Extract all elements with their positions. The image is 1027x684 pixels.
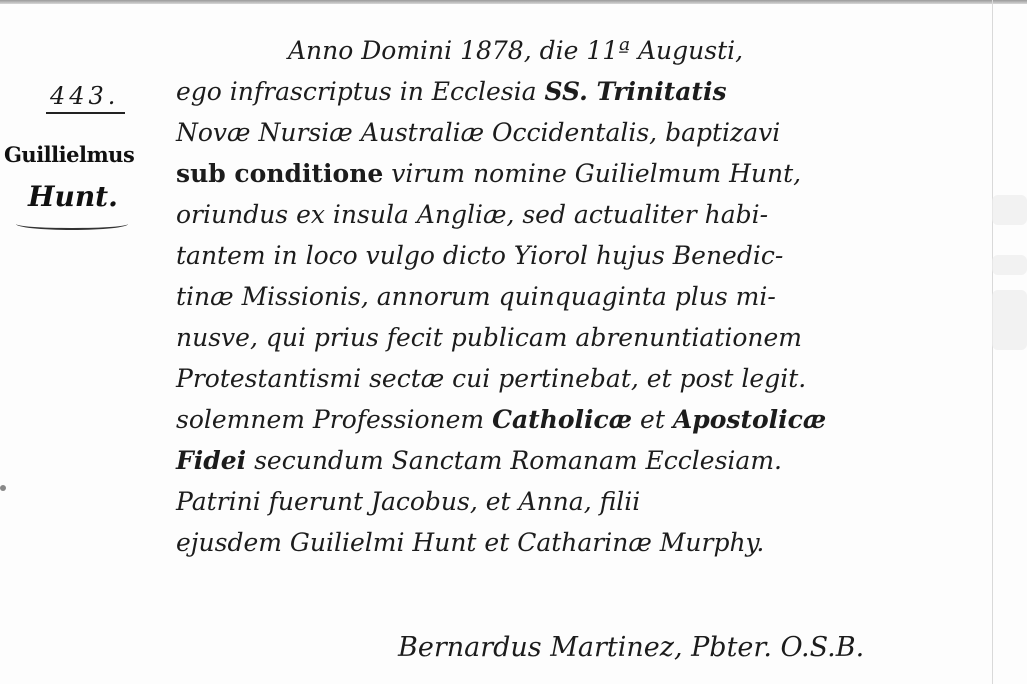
entry-line-7: tinæ Missionis, annorum quinquaginta plu… bbox=[176, 276, 996, 317]
entry-line-12: Patrini fuerunt Jacobus, et Anna, filii bbox=[176, 481, 996, 522]
margin-surname: Hunt. bbox=[28, 180, 118, 213]
bleed-through-mark bbox=[992, 255, 1027, 275]
entry-line-13: ejusdem Guilielmi Hunt et Catharinæ Murp… bbox=[176, 522, 996, 563]
entry-line-1: Anno Domini 1878, die 11ª Augusti, bbox=[176, 30, 996, 71]
catholicae-word: Catholicæ bbox=[492, 405, 632, 434]
line-text: Anno Domini 1878, die 11ª Augusti, bbox=[288, 36, 743, 65]
line-text: solemnem Professionem bbox=[176, 405, 492, 434]
line-text: et bbox=[632, 405, 673, 434]
surname-underline-flourish bbox=[16, 218, 128, 230]
margin-given-name: Guillielmus bbox=[4, 142, 134, 167]
church-name: SS. Trinitatis bbox=[544, 77, 726, 106]
entry-line-11: Fidei secundum Sanctam Romanam Ecclesiam… bbox=[176, 440, 996, 481]
bleed-through-mark bbox=[992, 290, 1027, 350]
entry-line-5: oriundus ex insula Angliæ, sed actualite… bbox=[176, 194, 996, 235]
entry-line-10: solemnem Professionem Catholicæ et Apost… bbox=[176, 399, 996, 440]
entry-line-2: ego infrascriptus in Ecclesia SS. Trinit… bbox=[176, 71, 996, 112]
line-text: virum nomine Guilielmum Hunt, bbox=[383, 159, 801, 188]
page-top-edge bbox=[0, 0, 1027, 4]
line-text: secundum Sanctam Romanam Ecclesiam. bbox=[246, 446, 782, 475]
entry-number: 443. bbox=[46, 82, 125, 114]
entry-line-4: sub conditione virum nomine Guilielmum H… bbox=[176, 153, 996, 194]
ink-blot bbox=[0, 485, 6, 491]
entry-line-9: Protestantismi sectæ cui pertinebat, et … bbox=[176, 358, 996, 399]
entry-line-8: nusve, qui prius fecit publicam abrenunt… bbox=[176, 317, 996, 358]
register-page: 443. Guillielmus Hunt. Anno Domini 1878,… bbox=[0, 0, 1027, 684]
entry-line-3: Novæ Nursiæ Australiæ Occidentalis, bapt… bbox=[176, 112, 996, 153]
priest-signature: Bernardus Martinez, Pbter. O.S.B. bbox=[398, 632, 864, 663]
sub-conditione-phrase: sub conditione bbox=[176, 159, 383, 188]
line-text: ego infrascriptus in Ecclesia bbox=[176, 77, 544, 106]
fidei-word: Fidei bbox=[176, 446, 246, 475]
entry-line-6: tantem in loco vulgo dicto Yiorol hujus … bbox=[176, 235, 996, 276]
bleed-through-mark bbox=[992, 195, 1027, 225]
entry-body: Anno Domini 1878, die 11ª Augusti, ego i… bbox=[176, 30, 996, 563]
apostolicae-word: Apostolicæ bbox=[673, 405, 826, 434]
